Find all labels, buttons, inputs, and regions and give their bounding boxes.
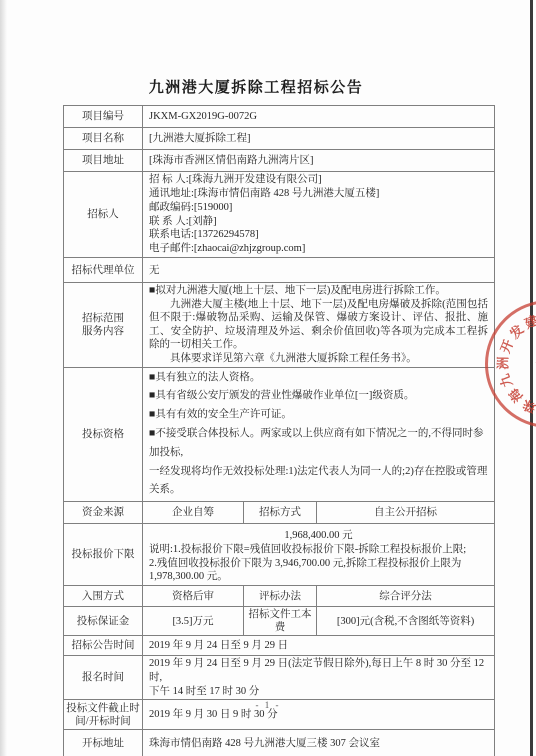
value-document-fee: [300]元(含税,不含图纸等资料): [317, 607, 495, 636]
table-row: 招标公告时间 2019 年 9 月 24 日至 9 月 29 日: [64, 636, 495, 656]
table-row: 招标代理单位 无: [64, 258, 495, 283]
label-project-name: 项目名称: [64, 128, 143, 150]
label-scope-line2: 服务内容: [66, 325, 140, 338]
label-project-address: 项目地址: [64, 150, 143, 172]
qualification-item: ■具有独立的法人资格。: [149, 369, 488, 388]
seal-character: 建: [521, 310, 536, 333]
qualification-item: ■具有有效的安全生产许可证。: [149, 406, 488, 425]
seal-character: 洲: [492, 356, 511, 369]
scope-paragraph: 具体要求详见第六章《九洲港大厦拆除工程任务书》。: [149, 352, 488, 366]
seal-character: 海: [504, 385, 527, 407]
bidder-name: 招 标 人:[珠海九洲开发建设有限公司]: [149, 173, 488, 187]
value-signup-time: 2019 年 9 月 24 日至 9 月 29 日(法定节假日除外),每日上午 …: [143, 656, 495, 700]
value-shortlist-method: 资格后审: [143, 586, 244, 607]
label-funding-source: 资金来源: [64, 502, 143, 524]
bidder-email: 电子邮件:[zhaocai@zhjzgroup.com]: [149, 242, 488, 256]
value-announce-time: 2019 年 9 月 24 日至 9 月 29 日: [143, 636, 495, 656]
value-bidder: 招 标 人:[珠海九洲开发建设有限公司] 通讯地址:[珠海市情侣南路 428 号…: [143, 172, 495, 258]
label-qualification: 投标资格: [64, 367, 143, 502]
label-tender-method: 招标方式: [244, 502, 317, 524]
bidder-postcode: 邮政编码:[519000]: [149, 201, 488, 215]
table-row: 投标资格 ■具有独立的法人资格。 ■具有省级公安厅颁发的营业性爆破作业单位[一]…: [64, 367, 495, 502]
label-project-no: 项目编号: [64, 106, 143, 128]
label-shortlist-method: 入围方式: [64, 586, 143, 607]
page-number: - 1 -: [0, 700, 536, 710]
scope-paragraph: ■拟对九洲港大厦(地上十层、地下一层)及配电房进行拆除工作。: [149, 284, 488, 298]
scan-edge-right: [530, 0, 533, 756]
label-document-fee: 招标文件工本费: [244, 607, 317, 636]
table-row: 招标范围 服务内容 ■拟对九洲港大厦(地上十层、地下一层)及配电房进行拆除工作。…: [64, 283, 495, 368]
label-price-floor: 投标报价下限: [64, 524, 143, 586]
label-bid-deposit: 投标保证金: [64, 607, 143, 636]
table-row: 项目编号 JKXM-GX2019G-0072G: [64, 106, 495, 128]
label-opening-address: 开标地址: [64, 730, 143, 756]
bidder-contact: 联 系 人:[刘静]: [149, 215, 488, 229]
value-bid-deposit: [3.5]万元: [143, 607, 244, 636]
qualification-item: ■不接受联合体投标人。两家或以上供应商有如下情况之一的,不得同时参加投标,: [149, 425, 488, 463]
signup-time-line: 下午 14 时至 17 时 30 分: [149, 685, 488, 699]
value-scope: ■拟对九洲港大厦(地上十层、地下一层)及配电房进行拆除工作。 九洲港大厦主楼(地…: [143, 283, 495, 368]
table-row: 开标地址 珠海市情侣南路 428 号九洲港大厦三楼 307 会议室: [64, 730, 495, 756]
label-agency: 招标代理单位: [64, 258, 143, 283]
table-row: 报名时间 2019 年 9 月 24 日至 9 月 29 日(法定节假日除外),…: [64, 656, 495, 700]
value-project-address: [珠海市香洲区情侣南路九洲湾片区]: [143, 150, 495, 172]
table-row: 入围方式 资格后审 评标办法 综合评分法: [64, 586, 495, 607]
label-signup-time: 报名时间: [64, 656, 143, 700]
tender-info-table: 项目编号 JKXM-GX2019G-0072G 项目名称 [九洲港大厦拆除工程]…: [63, 105, 495, 756]
seal-character: 开: [495, 336, 518, 355]
scope-paragraph: 九洲港大厦主楼(地上十层、地下一层)及配电房爆破及拆除(范围包括但不限于:爆破物…: [149, 298, 488, 352]
qualification-item: 一经发现将均作无效投标处理:1)法定代表人为同一人的;2)存在控股或管理关系。: [149, 463, 488, 501]
table-row: 项目名称 [九洲港大厦拆除工程]: [64, 128, 495, 150]
value-project-no: JKXM-GX2019G-0072G: [143, 106, 495, 128]
label-bidder: 招标人: [64, 172, 143, 258]
label-scope: 招标范围 服务内容: [64, 283, 143, 368]
value-price-floor: 1,968,400.00 元 说明:1.投标报价下限=残值回收投标报价下限-拆除…: [143, 524, 495, 586]
label-announce-time: 招标公告时间: [64, 636, 143, 656]
label-evaluation-method: 评标办法: [244, 586, 317, 607]
price-floor-amount: 1,968,400.00 元: [149, 526, 488, 543]
value-project-name: [九洲港大厦拆除工程]: [143, 128, 495, 150]
value-tender-method: 自主公开招标: [317, 502, 495, 524]
seal-character: 发: [505, 320, 528, 343]
value-evaluation-method: 综合评分法: [317, 586, 495, 607]
table-row: 资金来源 企业自筹 招标方式 自主公开招标: [64, 502, 495, 524]
seal-character: 珠: [519, 396, 536, 419]
value-opening-address: 珠海市情侣南路 428 号九洲港大厦三楼 307 会议室: [143, 730, 495, 756]
price-floor-note: 2.残值回收投标报价下限为 3,946,700.00 元,拆除工程投标报价上限为: [149, 557, 488, 570]
bidder-address: 通讯地址:[珠海市情侣南路 428 号九洲港大厦五楼]: [149, 187, 488, 201]
value-agency: 无: [143, 258, 495, 283]
label-scope-line1: 招标范围: [66, 312, 140, 325]
price-floor-note: 1,978,300.00 元。: [149, 570, 488, 583]
table-row: 投标保证金 [3.5]万元 招标文件工本费 [300]元(含税,不含图纸等资料): [64, 607, 495, 636]
signup-time-line: 2019 年 9 月 24 日至 9 月 29 日(法定节假日除外),每日上午 …: [149, 657, 488, 684]
document-page: 九洲港大厦拆除工程招标公告 项目编号 JKXM-GX2019G-0072G 项目…: [0, 0, 536, 756]
scan-edge-left: [0, 0, 7, 756]
qualification-item: ■具有省级公安厅颁发的营业性爆破作业单位[一]级资质。: [149, 387, 488, 406]
value-funding-source: 企业自筹: [143, 502, 244, 524]
seal-character: 九: [494, 372, 516, 391]
price-floor-note: 说明:1.投标报价下限=残值回收投标报价下限-拆除工程投标报价上限;: [149, 543, 488, 556]
page-title: 九洲港大厦拆除工程招标公告: [0, 76, 512, 97]
table-row: 项目地址 [珠海市香洲区情侣南路九洲湾片区]: [64, 150, 495, 172]
value-qualification: ■具有独立的法人资格。 ■具有省级公安厅颁发的营业性爆破作业单位[一]级资质。 …: [143, 367, 495, 502]
bidder-phone: 联系电话:[13726294578]: [149, 228, 488, 242]
table-row: 投标报价下限 1,968,400.00 元 说明:1.投标报价下限=残值回收投标…: [64, 524, 495, 586]
table-row: 招标人 招 标 人:[珠海九洲开发建设有限公司] 通讯地址:[珠海市情侣南路 4…: [64, 172, 495, 258]
